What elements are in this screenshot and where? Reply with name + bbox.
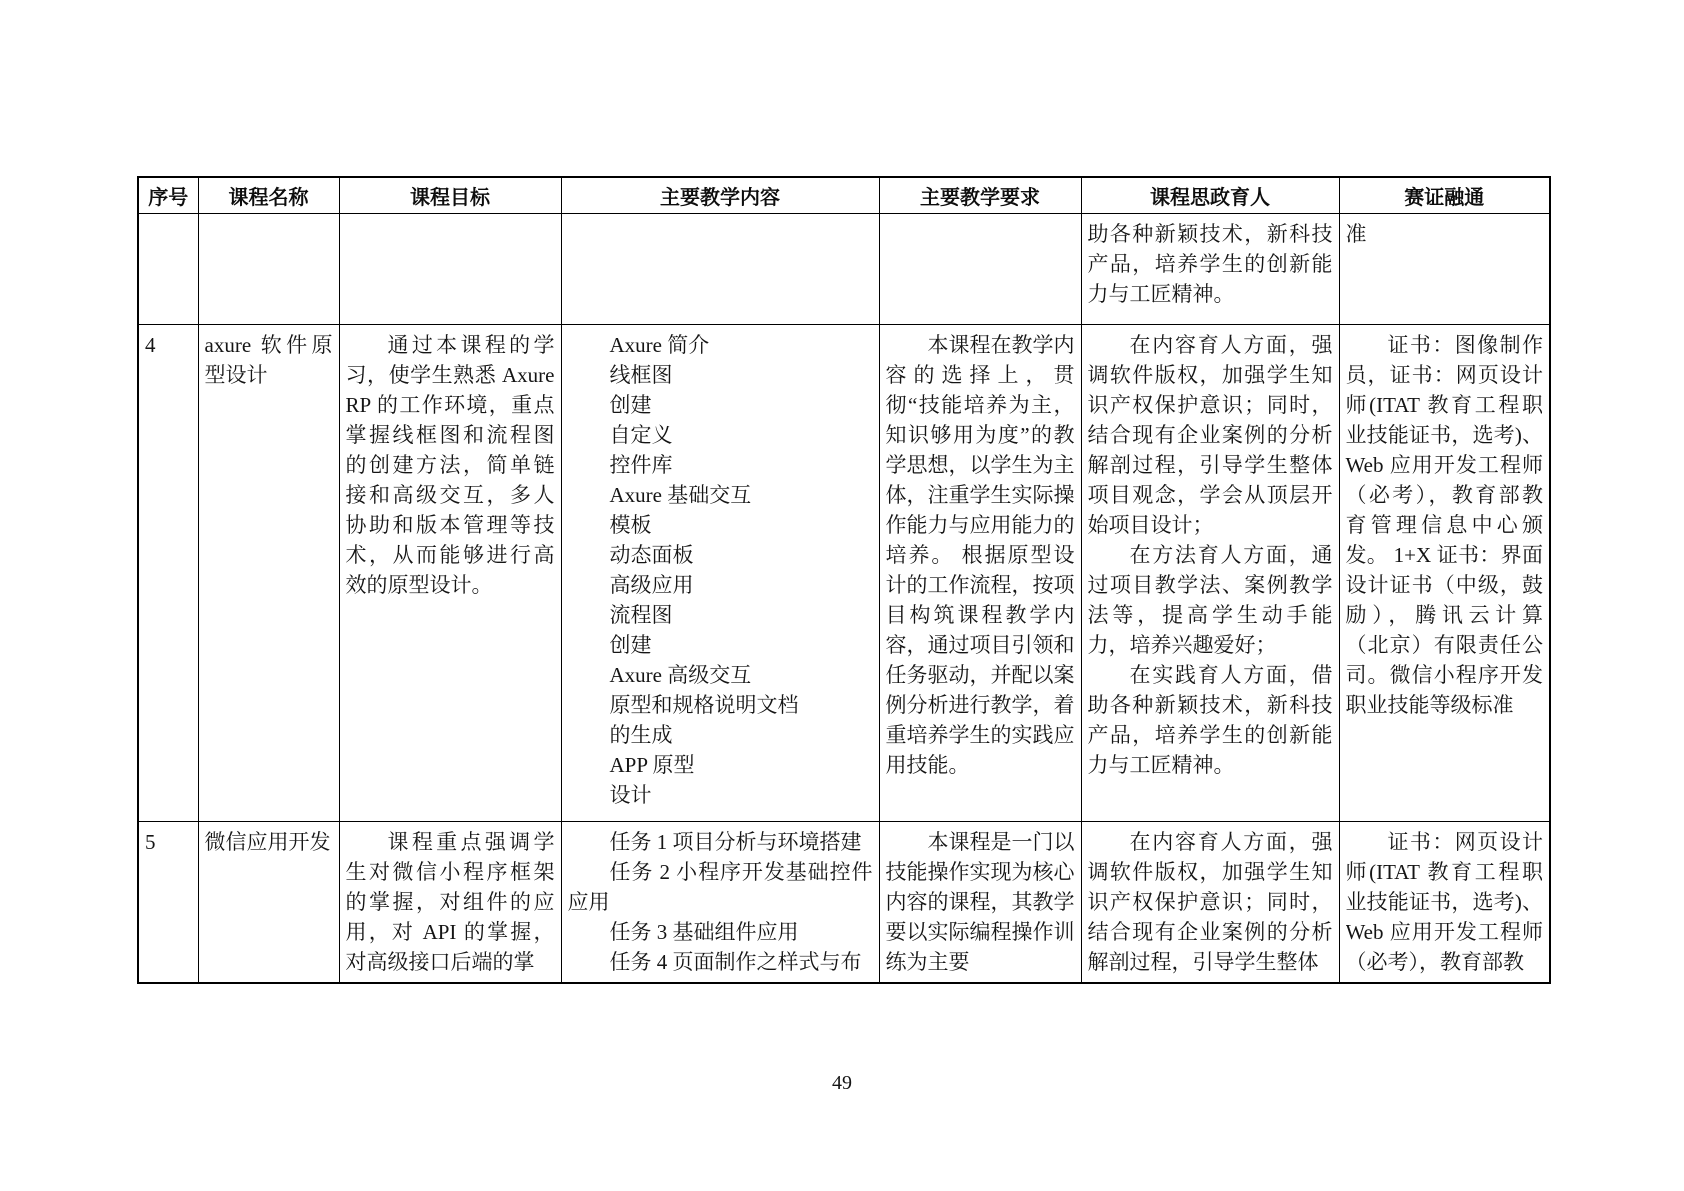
course-4-requirements-text: 本课程在教学内容的选择上，贯彻“技能培养为主，知识够用为度”的教学思想，以学生为… bbox=[886, 330, 1075, 780]
content-line: Axure 简介 bbox=[568, 330, 873, 360]
header-ideology-education: 课程思政育人 bbox=[1081, 177, 1339, 213]
cell-course-5-objective: 课程重点强调学生对微信小程序框架的掌握，对组件的应用，对 API 的掌握，对高级… bbox=[339, 821, 561, 983]
content-line: 动态面板 bbox=[568, 540, 873, 570]
ideology-paragraph: 在实践育人方面，借助各种新颖技术，新科技产品，培养学生的创新能力与工匠精神。 bbox=[1088, 660, 1333, 780]
table-row-continuation: 助各种新颖技术，新科技产品，培养学生的创新能力与工匠精神。 准 bbox=[138, 213, 1550, 324]
content-line: Axure 高级交互 bbox=[568, 660, 873, 690]
cell-course-5-content: 任务 1 项目分析与环境搭建 任务 2 小程序开发基础控件应用 任务 3 基础组… bbox=[561, 821, 879, 983]
cell-content-empty bbox=[561, 213, 879, 324]
cell-certificates-continuation: 准 bbox=[1339, 213, 1550, 324]
content-line: 设计 bbox=[568, 780, 873, 810]
content-line: 流程图 bbox=[568, 600, 873, 630]
table-row-course-4: 4 axure 软件原型设计 通过本课程的学习，使学生熟悉 Axure RP 的… bbox=[138, 324, 1550, 821]
cell-course-5-index: 5 bbox=[138, 821, 198, 983]
header-teaching-requirements: 主要教学要求 bbox=[879, 177, 1081, 213]
course-5-requirements-text: 本课程是一门以技能操作实现为核心内容的课程，其教学要以实际编程操作训练为主要 bbox=[886, 827, 1075, 977]
content-line: 的生成 bbox=[568, 720, 873, 750]
document-page: 序号 课程名称 课程目标 主要教学内容 主要教学要求 课程思政育人 赛证融通 助… bbox=[0, 0, 1684, 1191]
course-table: 序号 课程名称 课程目标 主要教学内容 主要教学要求 课程思政育人 赛证融通 助… bbox=[137, 176, 1551, 984]
header-course-name: 课程名称 bbox=[198, 177, 339, 213]
course-5-objective-text: 课程重点强调学生对微信小程序框架的掌握，对组件的应用，对 API 的掌握，对高级… bbox=[346, 827, 555, 977]
content-line: 创建 bbox=[568, 390, 873, 420]
content-line: 任务 3 基础组件应用 bbox=[568, 917, 873, 947]
cell-course-4-ideology: 在内容育人方面，强调软件版权，加强学生知识产权保护意识；同时，结合现有企业案例的… bbox=[1081, 324, 1339, 821]
cell-course-5-certificates: 证书：网页设计师(ITAT 教育工程职业技能证书，选考)、Web 应用开发工程师… bbox=[1339, 821, 1550, 983]
header-teaching-content: 主要教学内容 bbox=[561, 177, 879, 213]
content-line: 任务 1 项目分析与环境搭建 bbox=[568, 827, 873, 857]
content-line: 自定义 bbox=[568, 420, 873, 450]
content-line: 原型和规格说明文档 bbox=[568, 690, 873, 720]
cell-course-4-content: Axure 简介 线框图 创建 自定义 控件库 Axure 基础交互 模板 动态… bbox=[561, 324, 879, 821]
cell-course-5-ideology: 在内容育人方面，强调软件版权，加强学生知识产权保护意识；同时，结合现有企业案例的… bbox=[1081, 821, 1339, 983]
table-header-row: 序号 课程名称 课程目标 主要教学内容 主要教学要求 课程思政育人 赛证融通 bbox=[138, 177, 1550, 213]
certificates-continuation-text: 准 bbox=[1346, 219, 1544, 249]
cell-course-4-requirements: 本课程在教学内容的选择上，贯彻“技能培养为主，知识够用为度”的教学思想，以学生为… bbox=[879, 324, 1081, 821]
cell-course-4-index: 4 bbox=[138, 324, 198, 821]
cell-objective-empty bbox=[339, 213, 561, 324]
cell-course-name-empty bbox=[198, 213, 339, 324]
course-5-certificates-text: 证书：网页设计师(ITAT 教育工程职业技能证书，选考)、Web 应用开发工程师… bbox=[1346, 827, 1544, 977]
content-line: 创建 bbox=[568, 630, 873, 660]
table-row-course-5: 5 微信应用开发 课程重点强调学生对微信小程序框架的掌握，对组件的应用，对 AP… bbox=[138, 821, 1550, 983]
course-5-name-text: 微信应用开发 bbox=[205, 827, 333, 857]
content-line: 任务 4 页面制作之样式与布 bbox=[568, 947, 873, 977]
content-line: APP 原型 bbox=[568, 750, 873, 780]
content-line: 线框图 bbox=[568, 360, 873, 390]
cell-course-4-certificates: 证书：图像制作员，证书：网页设计师(ITAT 教育工程职业技能证书，选考)、We… bbox=[1339, 324, 1550, 821]
header-course-objective: 课程目标 bbox=[339, 177, 561, 213]
course-4-certificates-text: 证书：图像制作员，证书：网页设计师(ITAT 教育工程职业技能证书，选考)、We… bbox=[1346, 330, 1544, 720]
ideology-paragraph: 在内容育人方面，强调软件版权，加强学生知识产权保护意识；同时，结合现有企业案例的… bbox=[1088, 330, 1333, 540]
course-4-objective-text: 通过本课程的学习，使学生熟悉 Axure RP 的工作环境，重点掌握线框图和流程… bbox=[346, 330, 555, 600]
cell-course-5-name: 微信应用开发 bbox=[198, 821, 339, 983]
cell-ideology-continuation: 助各种新颖技术，新科技产品，培养学生的创新能力与工匠精神。 bbox=[1081, 213, 1339, 324]
header-index: 序号 bbox=[138, 177, 198, 213]
content-line: 模板 bbox=[568, 510, 873, 540]
cell-course-4-name: axure 软件原型设计 bbox=[198, 324, 339, 821]
ideology-paragraph: 在内容育人方面，强调软件版权，加强学生知识产权保护意识；同时，结合现有企业案例的… bbox=[1088, 827, 1333, 977]
ideology-continuation-text: 助各种新颖技术，新科技产品，培养学生的创新能力与工匠精神。 bbox=[1088, 219, 1333, 309]
cell-index-empty bbox=[138, 213, 198, 324]
cell-course-4-objective: 通过本课程的学习，使学生熟悉 Axure RP 的工作环境，重点掌握线框图和流程… bbox=[339, 324, 561, 821]
header-certificate-integration: 赛证融通 bbox=[1339, 177, 1550, 213]
content-line: 高级应用 bbox=[568, 570, 873, 600]
content-line: 任务 2 小程序开发基础控件应用 bbox=[568, 857, 873, 917]
content-line: 控件库 bbox=[568, 450, 873, 480]
cell-requirements-empty bbox=[879, 213, 1081, 324]
ideology-paragraph: 在方法育人方面，通过项目教学法、案例教学法等，提高学生动手能力，培养兴趣爱好； bbox=[1088, 540, 1333, 660]
page-number: 49 bbox=[0, 1072, 1684, 1095]
course-4-name-text: axure 软件原型设计 bbox=[205, 330, 333, 390]
content-line: Axure 基础交互 bbox=[568, 480, 873, 510]
cell-course-5-requirements: 本课程是一门以技能操作实现为核心内容的课程，其教学要以实际编程操作训练为主要 bbox=[879, 821, 1081, 983]
